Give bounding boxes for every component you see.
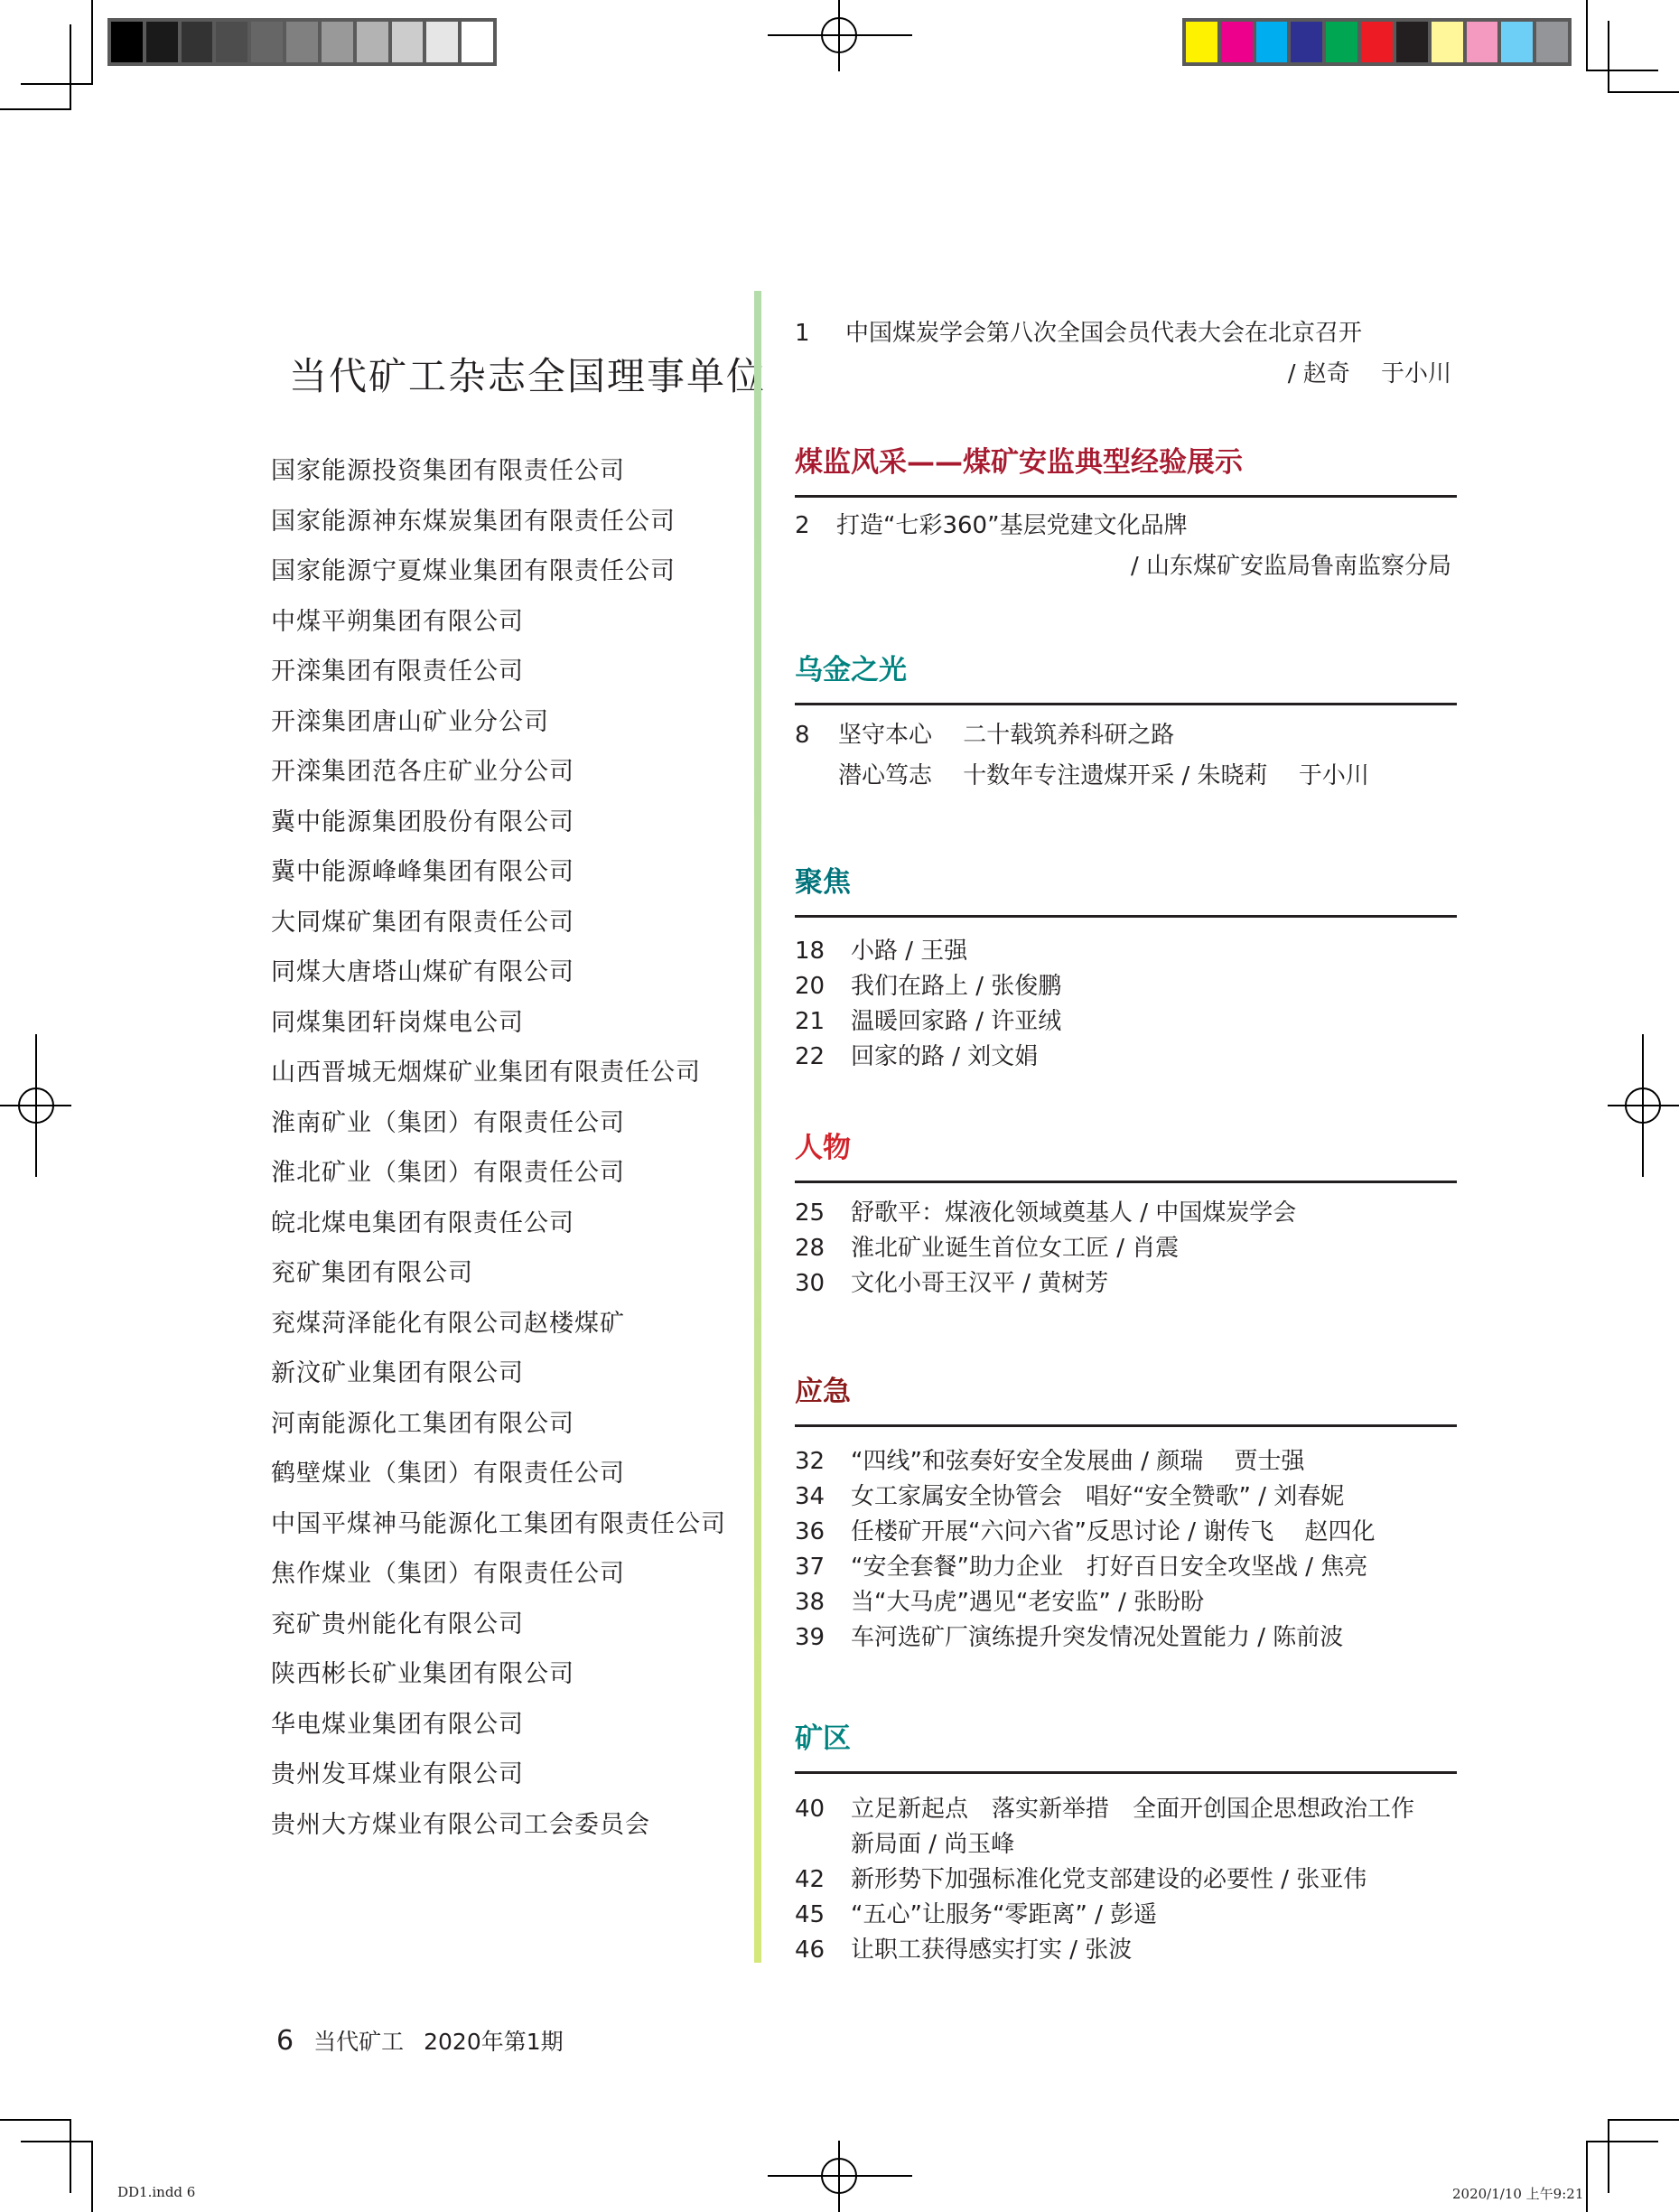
crop-mark-bottom-right <box>1608 2119 1609 2193</box>
council-unit-item: 贵州大方煤业有限公司工会委员会 <box>271 1808 726 1859</box>
council-unit-item: 贵州发耳煤业有限公司 <box>271 1758 726 1808</box>
toc-entry[interactable]: 28淮北矿业诞生首位女工匠 / 肖震 <box>795 1231 1457 1266</box>
toc-page-number: 40 <box>795 1792 851 1827</box>
council-unit-item: 同煤大唐塔山煤矿有限公司 <box>271 956 726 1006</box>
issue-label: 2020年第1期 <box>424 2029 564 2055</box>
toc-page-number: 2 <box>795 509 836 544</box>
toc-entry[interactable]: 36任楼矿开展“六问六省”反思讨论 / 谢传飞 赵四化 <box>795 1515 1457 1550</box>
toc-entry[interactable]: 34女工家属安全协管会 唱好“安全赞歌” / 刘春妮 <box>795 1479 1457 1515</box>
toc-entry[interactable]: 22回家的路 / 刘文娟 <box>795 1040 1457 1075</box>
council-unit-item: 开滦集团有限责任公司 <box>271 655 726 705</box>
council-unit-item: 国家能源神东煤炭集团有限责任公司 <box>271 505 726 555</box>
crop-mark-top-left <box>21 83 93 85</box>
council-unit-item: 新汶矿业集团有限公司 <box>271 1357 726 1407</box>
council-unit-item: 皖北煤电集团有限责任公司 <box>271 1207 726 1257</box>
color-swatch <box>1326 22 1357 62</box>
color-swatch <box>1256 22 1288 62</box>
council-unit-item: 华电煤业集团有限公司 <box>271 1708 726 1759</box>
toc-lead-entry[interactable]: 1中国煤炭学会第八次全国会员代表大会在北京召开 / 赵奇 于小川 <box>795 316 1457 392</box>
council-unit-item: 兖煤菏泽能化有限公司赵楼煤矿 <box>271 1307 726 1358</box>
toc-entry[interactable]: 21温暖回家路 / 许亚绒 <box>795 1004 1457 1040</box>
toc-entry[interactable]: 40立足新起点 落实新举措 全面开创国企思想政治工作 新局面 / 尚玉峰 <box>795 1792 1457 1862</box>
toc-section-heading-jujiao: 聚焦 <box>795 863 1457 918</box>
toc-entry[interactable]: 8坚守本心 二十载筑养科研之路 潜心笃志 十数年专注遗煤开采 / 朱晓莉 于小川 <box>795 718 1457 794</box>
slug-file-name: DD1.indd 6 <box>117 2184 195 2200</box>
gray-swatch <box>182 22 213 62</box>
color-swatch <box>1396 22 1428 62</box>
toc-entry-title: 舒歌平：煤液化领域奠基人 / 中国煤炭学会 <box>851 1199 1296 1227</box>
crop-mark-bottom-left <box>91 2141 93 2212</box>
toc-entry[interactable]: 38当“大马虎”遇见“老安监” / 张盼盼 <box>795 1585 1457 1620</box>
toc-entry-title: 立足新起点 落实新举措 全面开创国企思想政治工作 <box>851 1796 1414 1823</box>
council-unit-item: 冀中能源峰峰集团有限公司 <box>271 855 726 906</box>
toc-page-number: 18 <box>795 934 851 969</box>
toc-entry-title: 让职工获得感实打实 / 张波 <box>851 1937 1132 1964</box>
section-heading-label: 聚焦 <box>795 863 1457 902</box>
council-unit-item: 大同煤矿集团有限责任公司 <box>271 906 726 957</box>
council-unit-item: 陕西彬长矿业集团有限公司 <box>271 1657 726 1708</box>
crop-mark-bottom-right <box>1608 2119 1679 2121</box>
toc-page-number: 30 <box>795 1266 851 1302</box>
crop-mark-bottom-right <box>1586 2141 1588 2212</box>
council-unit-item: 焦作煤业（集团）有限责任公司 <box>271 1557 726 1608</box>
toc-entry-title: “安全套餐”助力企业 打好百日安全攻坚战 / 焦亮 <box>851 1554 1367 1581</box>
toc-entry[interactable]: 30文化小哥王汉平 / 黄树芳 <box>795 1266 1457 1302</box>
toc-entry-title: 车河选矿厂演练提升突发情况处置能力 / 陈前波 <box>851 1624 1343 1651</box>
toc-page-number: 25 <box>795 1196 851 1231</box>
toc-entry[interactable]: 39车河选矿厂演练提升突发情况处置能力 / 陈前波 <box>795 1620 1457 1656</box>
toc-page-number: 20 <box>795 969 851 1004</box>
crop-mark-bottom-left <box>70 2119 71 2193</box>
toc-page-number: 22 <box>795 1040 851 1075</box>
crop-mark-top-right <box>1586 70 1658 71</box>
council-unit-item: 淮北矿业（集团）有限责任公司 <box>271 1156 726 1207</box>
council-units-title: 当代矿工杂志全国理事单位 <box>289 347 766 401</box>
crop-mark-bottom-left <box>0 2119 71 2121</box>
section-rule <box>795 495 1457 498</box>
gray-swatch <box>146 22 178 62</box>
council-unit-item: 兖矿贵州能化有限公司 <box>271 1608 726 1658</box>
crop-mark-top-right <box>1586 0 1588 71</box>
council-unit-item: 同煤集团轩岗煤电公司 <box>271 1006 726 1057</box>
council-units-list: 国家能源投资集团有限责任公司国家能源神东煤炭集团有限责任公司国家能源宁夏煤业集团… <box>271 454 726 1858</box>
section-heading-label: 煤监风采——煤矿安监典型经验展示 <box>795 443 1457 482</box>
toc-entry-title: “五心”让服务“零距离” / 彭遥 <box>851 1901 1157 1928</box>
color-control-bar <box>1182 18 1572 66</box>
council-unit-item: 国家能源宁夏煤业集团有限责任公司 <box>271 555 726 605</box>
council-unit-item: 山西晋城无烟煤矿业集团有限责任公司 <box>271 1056 726 1106</box>
toc-page-number: 1 <box>795 316 845 351</box>
color-swatch <box>1221 22 1253 62</box>
toc-entry-author: / 赵奇 于小川 <box>1288 360 1451 387</box>
council-unit-item: 河南能源化工集团有限公司 <box>271 1407 726 1458</box>
page-number: 6 <box>276 2025 294 2057</box>
gray-swatch <box>251 22 283 62</box>
color-swatch <box>1291 22 1322 62</box>
toc-entry[interactable]: 20我们在路上 / 张俊鹏 <box>795 969 1457 1004</box>
toc-entry-title: 中国煤炭学会第八次全国会员代表大会在北京召开 <box>845 320 1362 347</box>
toc-entry-title: 新形势下加强标准化党支部建设的必要性 / 张亚伟 <box>851 1866 1367 1893</box>
council-unit-item: 中煤平朔集团有限公司 <box>271 605 726 656</box>
toc-entry-author: / 山东煤矿安监局鲁南监察分局 <box>1131 553 1451 580</box>
toc-page-number: 34 <box>795 1479 851 1515</box>
toc-section-heading-yingji: 应急 <box>795 1372 1457 1427</box>
toc-entry[interactable]: 2打造“七彩360”基层党建文化品牌 / 山东煤矿安监局鲁南监察分局 <box>795 509 1457 584</box>
toc-page-number: 42 <box>795 1862 851 1898</box>
toc-page-number: 39 <box>795 1620 851 1656</box>
toc-page-number: 32 <box>795 1444 851 1479</box>
toc-section-list-jujiao: 18小路 / 王强20我们在路上 / 张俊鹏21温暖回家路 / 许亚绒22回家的… <box>795 934 1457 1075</box>
toc-entry[interactable]: 42新形势下加强标准化党支部建设的必要性 / 张亚伟 <box>795 1862 1457 1898</box>
toc-page-number: 38 <box>795 1585 851 1620</box>
toc-page-number: 45 <box>795 1898 851 1933</box>
crop-mark-top-right <box>1608 21 1609 93</box>
toc-entry-title: 淮北矿业诞生首位女工匠 / 肖震 <box>851 1235 1179 1262</box>
toc-entry-title: 坚守本心 二十载筑养科研之路 <box>838 722 1174 749</box>
gray-swatch <box>392 22 424 62</box>
toc-entry[interactable]: 25舒歌平：煤液化领域奠基人 / 中国煤炭学会 <box>795 1196 1457 1231</box>
gray-swatch <box>462 22 493 62</box>
council-unit-item: 兖矿集团有限公司 <box>271 1256 726 1307</box>
toc-page-number: 46 <box>795 1933 851 1968</box>
toc-entry-title-cont: 新局面 / 尚玉峰 <box>851 1831 1014 1858</box>
color-swatch <box>1186 22 1217 62</box>
toc-entry-title: 文化小哥王汉平 / 黄树芳 <box>851 1270 1108 1297</box>
page-footer: 6当代矿工2020年第1期 <box>276 2024 564 2057</box>
toc-section-list-renwu: 25舒歌平：煤液化领域奠基人 / 中国煤炭学会28淮北矿业诞生首位女工匠 / 肖… <box>795 1196 1457 1302</box>
gray-swatch <box>216 22 247 62</box>
slug-timestamp: 2020/1/10 上午9:21 <box>1452 2184 1583 2203</box>
column-divider-bar <box>754 291 761 1963</box>
toc-entry-title: 我们在路上 / 张俊鹏 <box>851 973 1061 1000</box>
toc-entry-title: 当“大马虎”遇见“老安监” / 张盼盼 <box>851 1589 1204 1616</box>
section-rule <box>795 1771 1457 1774</box>
council-unit-item: 国家能源投资集团有限责任公司 <box>271 454 726 505</box>
section-rule <box>795 703 1457 705</box>
section-heading-label: 矿区 <box>795 1719 1457 1759</box>
gray-swatch <box>286 22 318 62</box>
section-rule <box>795 1181 1457 1183</box>
toc-section-heading-kuangqu: 矿区 <box>795 1719 1457 1774</box>
grayscale-control-bar <box>107 18 497 66</box>
toc-entry-title: “四线”和弦奏好安全发展曲 / 颜瑞 贾士强 <box>851 1448 1305 1475</box>
crop-mark-top-right <box>1608 91 1679 93</box>
gray-swatch <box>357 22 388 62</box>
toc-entry[interactable]: 46让职工获得感实打实 / 张波 <box>795 1933 1457 1968</box>
color-swatch <box>1501 22 1533 62</box>
toc-section-list-kuangqu: 42新形势下加强标准化党支部建设的必要性 / 张亚伟45“五心”让服务“零距离”… <box>795 1862 1457 1968</box>
council-unit-item: 鹤壁煤业（集团）有限责任公司 <box>271 1457 726 1507</box>
council-unit-item: 开滦集团唐山矿业分公司 <box>271 705 726 756</box>
toc-entry-title: 打造“七彩360”基层党建文化品牌 <box>836 512 1188 539</box>
toc-entry-title-cont: 潜心笃志 十数年专注遗煤开采 / 朱晓莉 于小川 <box>838 762 1369 789</box>
gray-swatch <box>322 22 353 62</box>
section-heading-label: 应急 <box>795 1372 1457 1412</box>
toc-entry-title: 温暖回家路 / 许亚绒 <box>851 1008 1061 1035</box>
toc-entry[interactable]: 32“四线”和弦奏好安全发展曲 / 颜瑞 贾士强 <box>795 1444 1457 1479</box>
section-heading-label: 人物 <box>795 1128 1457 1168</box>
toc-page-number: 21 <box>795 1004 851 1040</box>
section-rule <box>795 1424 1457 1427</box>
toc-entry-title: 女工家属安全协管会 唱好“安全赞歌” / 刘春妮 <box>851 1483 1344 1510</box>
toc-entry[interactable]: 37“安全套餐”助力企业 打好百日安全攻坚战 / 焦亮 <box>795 1550 1457 1585</box>
section-rule <box>795 915 1457 918</box>
section-heading-label: 乌金之光 <box>795 650 1457 690</box>
toc-entry-title: 任楼矿开展“六问六省”反思讨论 / 谢传飞 赵四化 <box>851 1518 1376 1545</box>
toc-section-list-yingji: 32“四线”和弦奏好安全发展曲 / 颜瑞 贾士强34女工家属安全协管会 唱好“安… <box>795 1444 1457 1656</box>
toc-page-number: 28 <box>795 1231 851 1266</box>
crop-mark-bottom-left <box>21 2141 93 2142</box>
toc-entry[interactable]: 45“五心”让服务“零距离” / 彭遥 <box>795 1898 1457 1933</box>
color-swatch <box>1432 22 1463 62</box>
crop-mark-top-left <box>0 108 71 110</box>
gray-swatch <box>111 22 143 62</box>
toc-section-heading-wujin: 乌金之光 <box>795 650 1457 705</box>
council-unit-item: 开滦集团范各庄矿业分公司 <box>271 755 726 806</box>
toc-entry-title: 回家的路 / 刘文娟 <box>851 1043 1038 1070</box>
crop-mark-bottom-right <box>1586 2141 1658 2142</box>
council-unit-item: 冀中能源集团股份有限公司 <box>271 806 726 856</box>
toc-entry-title: 小路 / 王强 <box>851 938 967 965</box>
toc-page-number: 8 <box>795 718 838 753</box>
color-swatch <box>1536 22 1568 62</box>
toc-page-number: 37 <box>795 1550 851 1585</box>
color-swatch <box>1467 22 1498 62</box>
crop-mark-top-left <box>91 0 93 85</box>
toc-entry[interactable]: 18小路 / 王强 <box>795 934 1457 969</box>
color-swatch <box>1361 22 1393 62</box>
crop-mark-top-left <box>70 24 71 110</box>
toc-section-heading-renwu: 人物 <box>795 1128 1457 1183</box>
toc-page-number: 36 <box>795 1515 851 1550</box>
council-unit-item: 中国平煤神马能源化工集团有限责任公司 <box>271 1507 726 1558</box>
council-unit-item: 淮南矿业（集团）有限责任公司 <box>271 1106 726 1157</box>
gray-swatch <box>426 22 458 62</box>
toc-section-heading-meijian: 煤监风采——煤矿安监典型经验展示 <box>795 443 1457 498</box>
magazine-name: 当代矿工 <box>313 2029 404 2055</box>
